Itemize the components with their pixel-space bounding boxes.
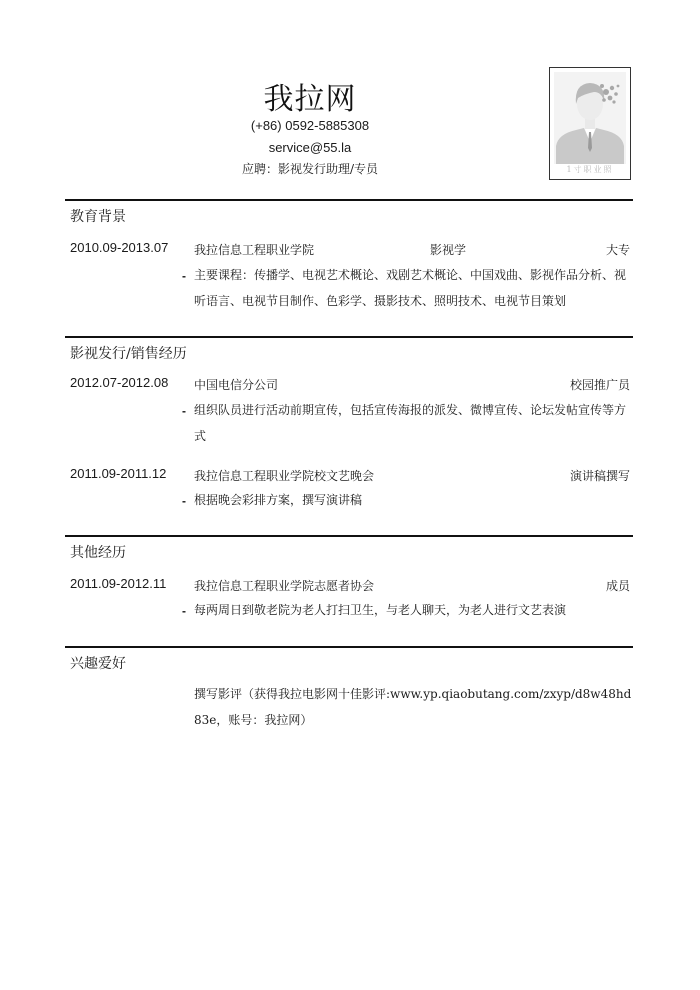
section-divider [65,646,633,648]
hobbies-description: 撰写影评（获得我拉电影网十佳影评:www.yp.qiaobutang.com/z… [194,681,634,733]
person-silhouette-icon [554,72,626,164]
organization: 我拉信息工程职业学院志愿者协会 [194,577,374,594]
bullet-marker: - [182,269,186,283]
bullet-marker: - [182,604,186,618]
section-divider [65,336,633,338]
section-divider [65,535,633,537]
role: 校园推广员 [570,376,630,393]
section-title-other: 其他经历 [70,542,126,562]
role: 演讲稿撰写 [570,467,630,484]
photo-caption: 1寸职业照 [550,164,630,175]
entry-date: 2010.09-2013.07 [70,240,168,255]
entry-description: 根据晚会彩排方案，撰写演讲稿 [194,487,634,513]
resume-header: 我拉网 (+86) 0592-5885308 service@55.la 应聘：… [0,0,700,190]
entry-description: 组织队员进行活动前期宣传，包括宣传海报的派发、微博宣传、论坛发帖宣传等方式 [194,397,634,449]
entry-date: 2011.09-2012.11 [70,576,166,591]
apply-label: 应聘： [242,162,278,176]
major: 影视学 [430,241,466,258]
organization: 中国电信分公司 [194,376,278,393]
applied-position: 应聘：影视发行助理/专员 [0,160,620,177]
bullet-marker: - [182,494,186,508]
entry-date: 2011.09-2011.12 [70,466,166,481]
section-title-experience: 影视发行/销售经历 [70,343,187,363]
bullet-marker: - [182,404,186,418]
section-divider [65,199,633,201]
phone-number: (+86) 0592-5885308 [0,118,620,133]
candidate-name: 我拉网 [0,74,620,118]
section-title-education: 教育背景 [70,206,126,226]
apply-position: 影视发行助理/专员 [278,162,378,176]
profile-photo: 1寸职业照 [549,67,631,180]
entry-description: 每两周日到敬老院为老人打扫卫生，与老人聊天，为老人进行文艺表演 [194,597,634,623]
section-title-hobbies: 兴趣爱好 [70,653,126,673]
school-name: 我拉信息工程职业学院 [194,241,314,258]
role: 成员 [606,577,630,594]
organization: 我拉信息工程职业学院校文艺晚会 [194,467,374,484]
degree: 大专 [606,241,630,258]
email-address: service@55.la [0,140,620,155]
entry-date: 2012.07-2012.08 [70,375,168,390]
entry-description: 主要课程：传播学、电视艺术概论、戏剧艺术概论、中国戏曲、影视作品分析、视听语言、… [194,262,634,314]
